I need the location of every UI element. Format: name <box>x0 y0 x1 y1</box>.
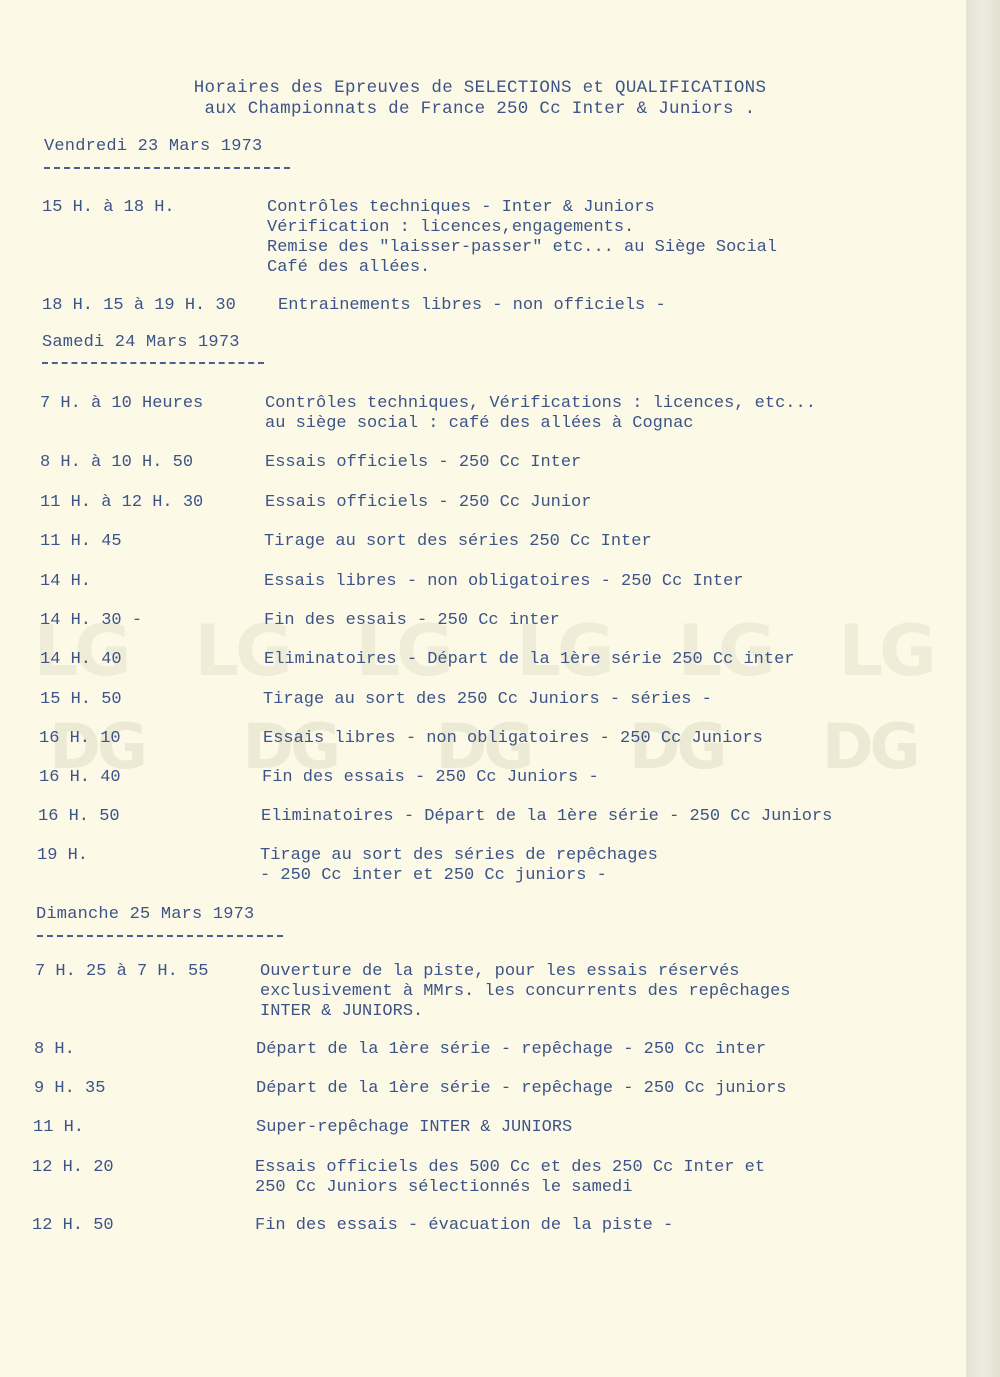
heading-underline <box>42 362 264 364</box>
entry-description: Tirage au sort des séries 250 Cc Inter <box>264 532 652 552</box>
entry-line: Super-repêchage INTER & JUNIORS <box>256 1118 572 1138</box>
entry-line: Essais libres - non obligatoires - 250 C… <box>263 729 763 749</box>
entry-time: 19 H. <box>37 846 88 866</box>
entry-line: Fin des essais - évacuation de la piste … <box>255 1216 673 1236</box>
entry-description: Contrôles techniques, Vérifications : li… <box>265 394 816 434</box>
entry-description: Fin des essais - 250 Cc Juniors - <box>262 768 599 788</box>
entry-line: Essais officiels - 250 Cc Inter <box>265 453 581 473</box>
entry-time: 12 H. 50 <box>32 1216 114 1236</box>
entry-line: Tirage au sort des séries 250 Cc Inter <box>264 532 652 552</box>
entry-description: Entrainements libres - non officiels - <box>278 296 666 316</box>
entry-time: 12 H. 20 <box>32 1158 114 1178</box>
entry-line: au siège social : café des allées à Cogn… <box>265 414 816 434</box>
watermark-stamp: DG <box>822 710 916 783</box>
entry-line: Café des allées. <box>267 258 777 278</box>
entry-time: 15 H. à 18 H. <box>42 198 175 218</box>
day-heading-dimanche: Dimanche 25 Mars 1973 <box>36 905 254 924</box>
entry-description: Essais libres - non obligatoires - 250 C… <box>263 729 763 749</box>
entry-time: 14 H. <box>40 572 91 592</box>
entry-line: exclusivement à MMrs. les concurrents de… <box>260 982 791 1002</box>
entry-line: Tirage au sort des séries de repêchages <box>260 846 658 866</box>
entry-description: Essais libres - non obligatoires - 250 C… <box>264 572 743 592</box>
entry-line: - 250 Cc inter et 250 Cc juniors - <box>260 866 658 886</box>
entry-time: 14 H. 40 <box>40 650 122 670</box>
entry-line: 250 Cc Juniors sélectionnés le samedi <box>255 1178 765 1198</box>
entry-line: Contrôles techniques, Vérifications : li… <box>265 394 816 414</box>
scan-margin <box>966 0 1000 1377</box>
entry-line: Départ de la 1ère série - repêchage - 25… <box>256 1040 766 1060</box>
entry-description: Départ de la 1ère série - repêchage - 25… <box>256 1040 766 1060</box>
entry-line: Eliminatoires - Départ de la 1ère série … <box>261 807 832 827</box>
entry-time: 8 H. <box>34 1040 75 1060</box>
heading-underline <box>44 167 290 169</box>
entry-description: Fin des essais - 250 Cc inter <box>264 611 560 631</box>
entry-description: Ouverture de la piste, pour les essais r… <box>260 962 791 1022</box>
entry-line: INTER & JUNIORS. <box>260 1002 791 1022</box>
heading-underline <box>37 935 283 937</box>
title-line: Horaires des Epreuves de SELECTIONS et Q… <box>140 78 820 99</box>
entry-time: 7 H. 25 à 7 H. 55 <box>35 962 208 982</box>
entry-description: Eliminatoires - Départ de la 1ère série … <box>261 807 832 827</box>
entry-description: Fin des essais - évacuation de la piste … <box>255 1216 673 1236</box>
entry-time: 14 H. 30 - <box>40 611 142 631</box>
entry-description: Départ de la 1ère série - repêchage - 25… <box>256 1079 787 1099</box>
entry-time: 11 H. <box>33 1118 84 1138</box>
entry-time: 16 H. 10 <box>39 729 121 749</box>
document-title: Horaires des Epreuves de SELECTIONS et Q… <box>140 78 820 120</box>
entry-line: Fin des essais - 250 Cc inter <box>264 611 560 631</box>
entry-time: 15 H. 50 <box>40 690 122 710</box>
day-heading-vendredi: Vendredi 23 Mars 1973 <box>44 137 262 156</box>
entry-time: 8 H. à 10 H. 50 <box>40 453 193 473</box>
entry-time: 11 H. à 12 H. 30 <box>40 493 203 513</box>
entry-description: Tirage au sort des 250 Cc Juniors - séri… <box>263 690 712 710</box>
entry-description: Contrôles techniques - Inter & Juniors V… <box>267 198 777 278</box>
entry-line: Départ de la 1ère série - repêchage - 25… <box>256 1079 787 1099</box>
entry-line: Essais officiels des 500 Cc et des 250 C… <box>255 1158 765 1178</box>
day-heading-samedi: Samedi 24 Mars 1973 <box>42 333 240 352</box>
entry-line: Tirage au sort des 250 Cc Juniors - séri… <box>263 690 712 710</box>
watermark-stamp: LG <box>838 610 932 692</box>
entry-line: Essais officiels - 250 Cc Junior <box>265 493 591 513</box>
entry-description: Essais officiels - 250 Cc Junior <box>265 493 591 513</box>
entry-time: 16 H. 40 <box>39 768 121 788</box>
entry-description: Essais officiels - 250 Cc Inter <box>265 453 581 473</box>
entry-line: Contrôles techniques - Inter & Juniors <box>267 198 777 218</box>
entry-line: Vérification : licences,engagements. <box>267 218 777 238</box>
entry-description: Tirage au sort des séries de repêchages … <box>260 846 658 886</box>
entry-line: Entrainements libres - non officiels - <box>278 296 666 316</box>
entry-time: 18 H. 15 à 19 H. 30 <box>42 296 236 316</box>
entry-description: Super-repêchage INTER & JUNIORS <box>256 1118 572 1138</box>
entry-line: Remise des "laisser-passer" etc... au Si… <box>267 238 777 258</box>
entry-line: Eliminatoires - Départ de la 1ère série … <box>264 650 795 670</box>
entry-line: Fin des essais - 250 Cc Juniors - <box>262 768 599 788</box>
entry-time: 16 H. 50 <box>38 807 120 827</box>
entry-line: Essais libres - non obligatoires - 250 C… <box>264 572 743 592</box>
entry-time: 9 H. 35 <box>34 1079 105 1099</box>
entry-time: 11 H. 45 <box>40 532 122 552</box>
entry-description: Eliminatoires - Départ de la 1ère série … <box>264 650 795 670</box>
entry-description: Essais officiels des 500 Cc et des 250 C… <box>255 1158 765 1198</box>
document-page: LG LG LG LG LG LG DG DG DG DG DG Horaire… <box>0 0 966 1377</box>
title-line: aux Championnats de France 250 Cc Inter … <box>140 99 820 120</box>
entry-line: Ouverture de la piste, pour les essais r… <box>260 962 791 982</box>
entry-time: 7 H. à 10 Heures <box>40 394 203 414</box>
